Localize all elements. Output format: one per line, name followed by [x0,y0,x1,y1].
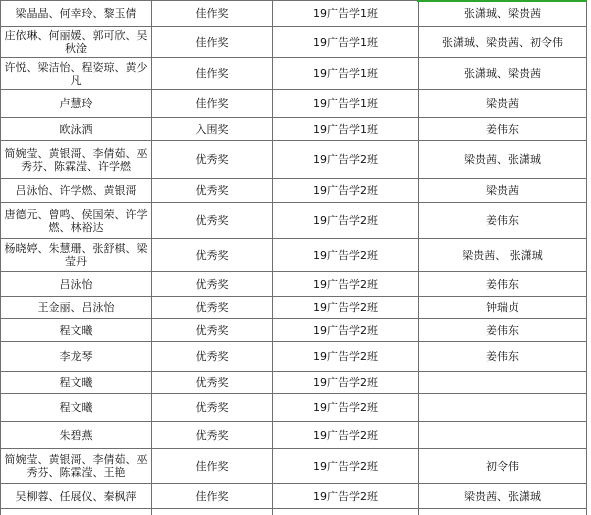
teachers-cell[interactable]: 张潇珹、梁贵茜 [419,58,587,90]
award-cell[interactable]: 优秀奖 [152,239,273,272]
table-row: 吕泳怡 优秀奖 19广告学2班 姜伟东 [1,272,587,297]
names-cell[interactable]: 欧泳洒 [1,118,152,141]
names-cell[interactable]: 李龙琴 [1,342,152,372]
teachers-cell[interactable] [419,372,587,394]
names-cell[interactable]: 梁晶晶、何幸玲、黎玉倩 [1,1,152,27]
names-cell[interactable]: 庄依琳、何丽媛、郭可欣、吴秋淦 [1,27,152,58]
class-cell[interactable] [273,509,419,515]
names-cell[interactable]: 王金丽、吕泳怡 [1,297,152,319]
table-row: 程文曦 优秀奖 19广告学2班 [1,372,587,394]
table-row: 梁晶晶、何幸玲、黎玉倩 佳作奖 19广告学1班 张潇珹、梁贵茜 [1,1,587,27]
table-row-partial [1,509,587,515]
table-row: 欧泳洒 入围奖 19广告学1班 姜伟东 [1,118,587,141]
award-cell[interactable]: 优秀奖 [152,422,273,449]
table-row: 朱碧燕 优秀奖 19广告学2班 [1,422,587,449]
table-row: 吕泳怡、许学燃、黄银滒 优秀奖 19广告学2班 梁贵茜 [1,179,587,203]
names-cell[interactable]: 许悦、梁洁怡、程姿琼、黄少凡 [1,58,152,90]
class-cell[interactable]: 19广告学2班 [273,141,419,179]
names-cell[interactable]: 杨晓婷、朱慧珊、张舒棋、梁莹丹 [1,239,152,272]
table-body: 梁晶晶、何幸玲、黎玉倩 佳作奖 19广告学1班 张潇珹、梁贵茜 庄依琳、何丽媛、… [1,1,587,515]
award-cell[interactable]: 优秀奖 [152,203,273,239]
award-cell[interactable]: 优秀奖 [152,342,273,372]
names-cell[interactable]: 唐德元、曾鸣、侯国荣、许学燃、林裕达 [1,203,152,239]
teachers-cell[interactable]: 梁贵茜、张潇珹 [419,141,587,179]
class-cell[interactable]: 19广告学1班 [273,27,419,58]
teachers-cell[interactable]: 钟瑞贞 [419,297,587,319]
teachers-cell[interactable]: 梁贵茜、 张潇珹 [419,239,587,272]
award-cell[interactable]: 佳作奖 [152,1,273,27]
table-row: 杨晓婷、朱慧珊、张舒棋、梁莹丹 优秀奖 19广告学2班 梁贵茜、 张潇珹 [1,239,587,272]
table-row: 李龙琴 优秀奖 19广告学2班 姜伟东 [1,342,587,372]
names-cell[interactable]: 吴柳蓉、任展仪、秦枫萍 [1,484,152,509]
class-cell[interactable]: 19广告学2班 [273,203,419,239]
names-cell[interactable]: 卢慧玲 [1,90,152,118]
names-cell[interactable]: 程文曦 [1,319,152,342]
class-cell[interactable]: 19广告学1班 [273,58,419,90]
names-cell[interactable]: 简婉莹、黄银滒、李倩茹、巫秀芬、陈霖滢、许学燃 [1,141,152,179]
teachers-cell[interactable]: 梁贵茜 [419,90,587,118]
award-cell[interactable]: 优秀奖 [152,272,273,297]
teachers-cell[interactable]: 姜伟东 [419,342,587,372]
award-cell[interactable]: 优秀奖 [152,319,273,342]
teachers-cell[interactable]: 姜伟东 [419,272,587,297]
award-cell[interactable]: 佳作奖 [152,58,273,90]
awards-table: 梁晶晶、何幸玲、黎玉倩 佳作奖 19广告学1班 张潇珹、梁贵茜 庄依琳、何丽媛、… [0,0,587,515]
names-cell[interactable] [1,509,152,515]
class-cell[interactable]: 19广告学1班 [273,90,419,118]
award-cell[interactable] [152,509,273,515]
award-cell[interactable]: 优秀奖 [152,394,273,422]
class-cell[interactable]: 19广告学1班 [273,1,419,27]
names-cell[interactable]: 朱碧燕 [1,422,152,449]
class-cell[interactable]: 19广告学2班 [273,484,419,509]
table-row: 简婉莹、黄银滒、李倩茹、巫秀芬、陈霖滢、王艳 佳作奖 19广告学2班 初令伟 [1,449,587,484]
teachers-cell[interactable]: 张潇珹、梁贵茜、初令伟 [419,27,587,58]
table-row: 程文曦 优秀奖 19广告学2班 姜伟东 [1,319,587,342]
award-cell[interactable]: 佳作奖 [152,449,273,484]
teachers-cell[interactable]: 梁贵茜、张潇珹 [419,484,587,509]
teachers-cell[interactable] [419,394,587,422]
teachers-cell[interactable]: 姜伟东 [419,203,587,239]
teachers-cell[interactable]: 初令伟 [419,449,587,484]
table-row: 唐德元、曾鸣、侯国荣、许学燃、林裕达 优秀奖 19广告学2班 姜伟东 [1,203,587,239]
class-cell[interactable]: 19广告学2班 [273,394,419,422]
award-cell[interactable]: 优秀奖 [152,141,273,179]
class-cell[interactable]: 19广告学2班 [273,272,419,297]
teachers-cell[interactable]: 姜伟东 [419,118,587,141]
table-row: 卢慧玲 佳作奖 19广告学1班 梁贵茜 [1,90,587,118]
spreadsheet-view: 梁晶晶、何幸玲、黎玉倩 佳作奖 19广告学1班 张潇珹、梁贵茜 庄依琳、何丽媛、… [0,0,591,515]
class-cell[interactable]: 19广告学2班 [273,179,419,203]
teachers-cell[interactable]: 梁贵茜 [419,179,587,203]
names-cell[interactable]: 程文曦 [1,394,152,422]
award-cell[interactable]: 优秀奖 [152,372,273,394]
names-cell[interactable]: 简婉莹、黄银滒、李倩茹、巫秀芬、陈霖滢、王艳 [1,449,152,484]
teachers-cell[interactable] [419,509,587,515]
award-cell[interactable]: 佳作奖 [152,27,273,58]
table-row: 王金丽、吕泳怡 优秀奖 19广告学2班 钟瑞贞 [1,297,587,319]
teachers-cell[interactable]: 姜伟东 [419,319,587,342]
class-cell[interactable]: 19广告学2班 [273,422,419,449]
class-cell[interactable]: 19广告学2班 [273,342,419,372]
class-cell[interactable]: 19广告学2班 [273,319,419,342]
class-cell[interactable]: 19广告学2班 [273,239,419,272]
class-cell[interactable]: 19广告学2班 [273,449,419,484]
table-row: 许悦、梁洁怡、程姿琼、黄少凡 佳作奖 19广告学1班 张潇珹、梁贵茜 [1,58,587,90]
award-cell[interactable]: 佳作奖 [152,484,273,509]
teachers-cell[interactable]: 张潇珹、梁贵茜 [419,1,587,27]
names-cell[interactable]: 吕泳怡、许学燃、黄银滒 [1,179,152,203]
award-cell[interactable]: 佳作奖 [152,90,273,118]
names-cell[interactable]: 吕泳怡 [1,272,152,297]
award-cell[interactable]: 优秀奖 [152,179,273,203]
names-cell[interactable]: 程文曦 [1,372,152,394]
teachers-cell[interactable] [419,422,587,449]
table-row: 庄依琳、何丽媛、郭可欣、吴秋淦 佳作奖 19广告学1班 张潇珹、梁贵茜、初令伟 [1,27,587,58]
class-cell[interactable]: 19广告学2班 [273,297,419,319]
table-row: 吴柳蓉、任展仪、秦枫萍 佳作奖 19广告学2班 梁贵茜、张潇珹 [1,484,587,509]
cell-selection-border [417,0,587,2]
table-row: 程文曦 优秀奖 19广告学2班 [1,394,587,422]
award-cell[interactable]: 入围奖 [152,118,273,141]
class-cell[interactable]: 19广告学2班 [273,372,419,394]
award-cell[interactable]: 优秀奖 [152,297,273,319]
class-cell[interactable]: 19广告学1班 [273,118,419,141]
table-row: 简婉莹、黄银滒、李倩茹、巫秀芬、陈霖滢、许学燃 优秀奖 19广告学2班 梁贵茜、… [1,141,587,179]
